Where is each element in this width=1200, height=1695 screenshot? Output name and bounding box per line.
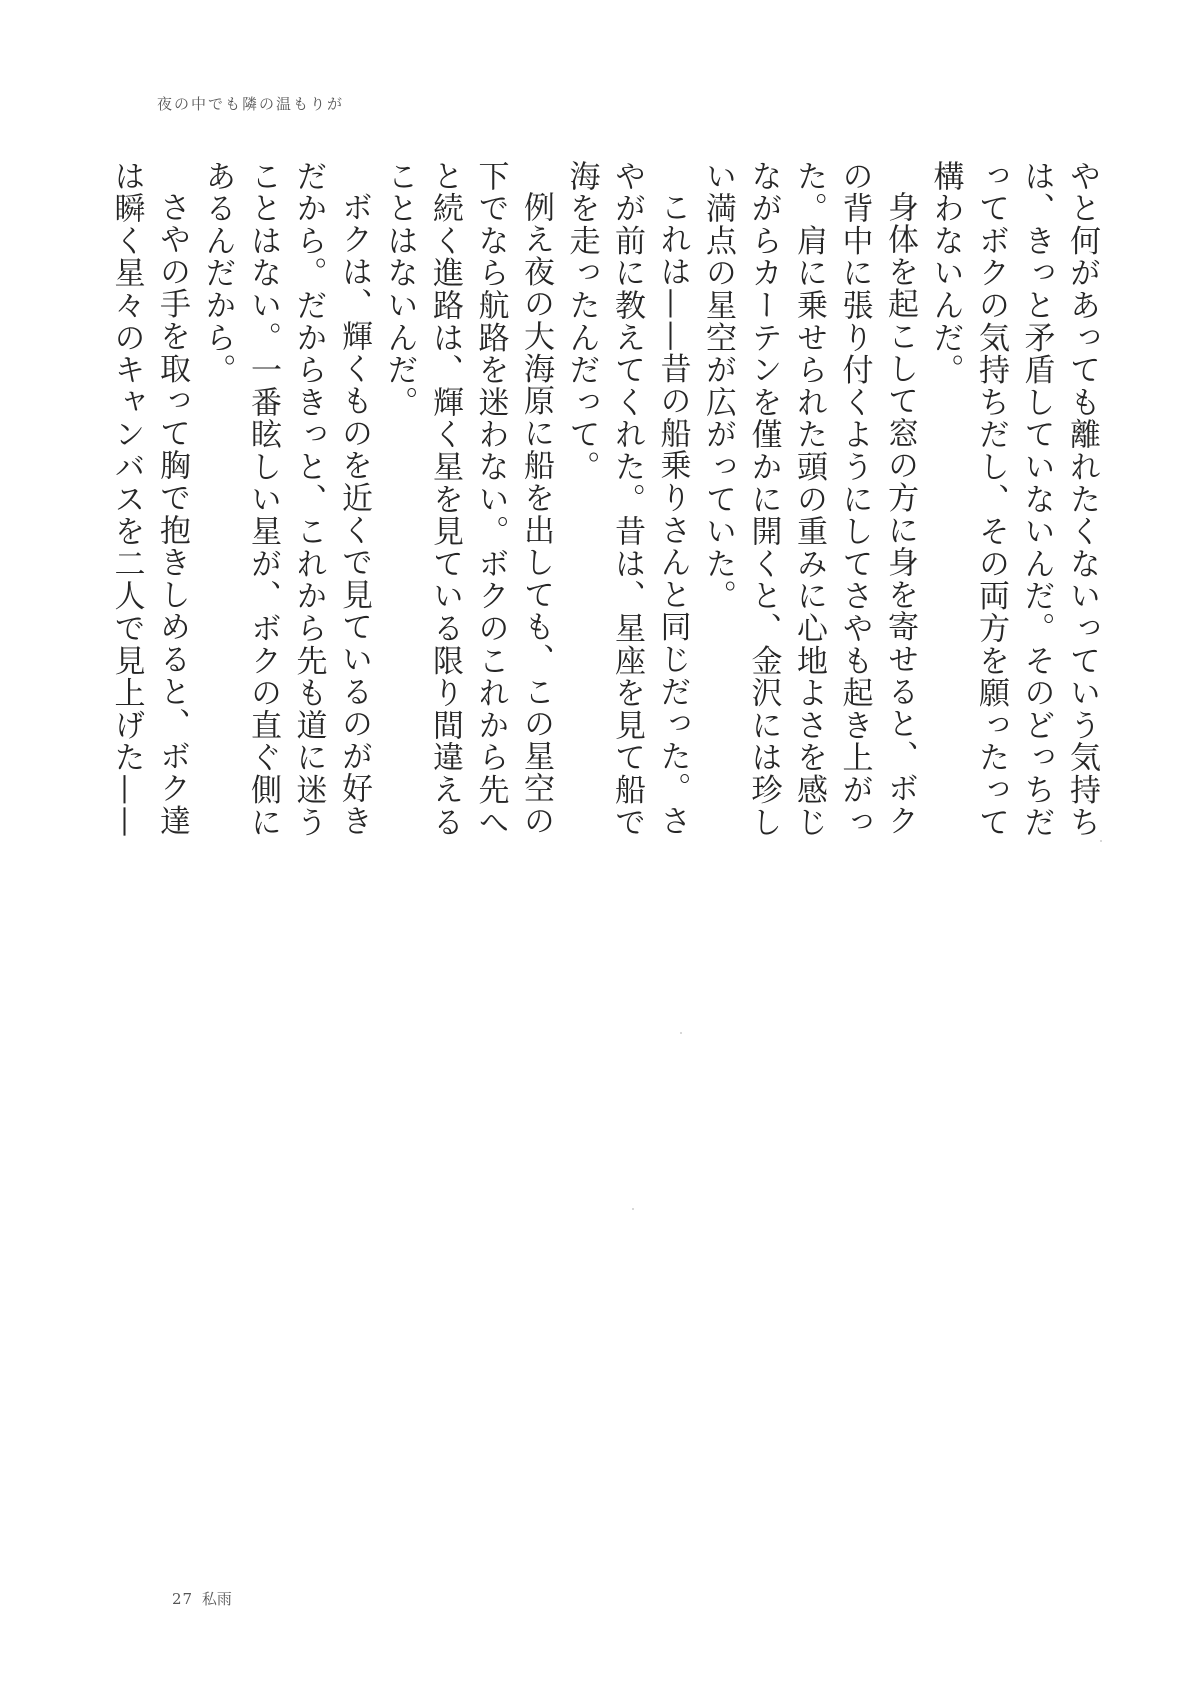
paragraph-1: やと何があっても離れたくないっていう気持ちは、きっと矛盾していないんだ。そのどっ… [922,160,1104,840]
page-footer: 27 私雨 [172,1588,232,1609]
paragraph-4: 例え夜の大海原に船を出しても、この星空の下でなら航路を迷わない。ボクのこれから先… [376,160,558,840]
paragraph-6: さやの手を取って胸で抱きしめると、ボク達は瞬く星々のキャンバスを二人で見上げた—… [103,160,194,840]
paragraph-2: 身体を起こして窓の方に身を寄せると、ボクの背中に張り付くようにしてさやも起き上が… [695,160,923,840]
book-title: 私雨 [202,1590,232,1608]
running-header-title: 夜の中でも隣の温もりが [157,93,344,114]
paragraph-3: これは——昔の船乗りさんと同じだった。さやが前に教えてくれた。昔は、星座を見て船… [558,160,695,840]
paper-speck [632,1208,634,1210]
vertical-body-text: やと何があっても離れたくないっていう気持ちは、きっと矛盾していないんだ。そのどっ… [103,160,1104,840]
page-number: 27 [172,1590,193,1608]
paper-speck [1100,840,1102,842]
paragraph-5: ボクは、輝くものを近くで見ているのが好きだから。だからきっと、これから先も道に迷… [194,160,376,840]
paper-speck [680,1032,682,1034]
